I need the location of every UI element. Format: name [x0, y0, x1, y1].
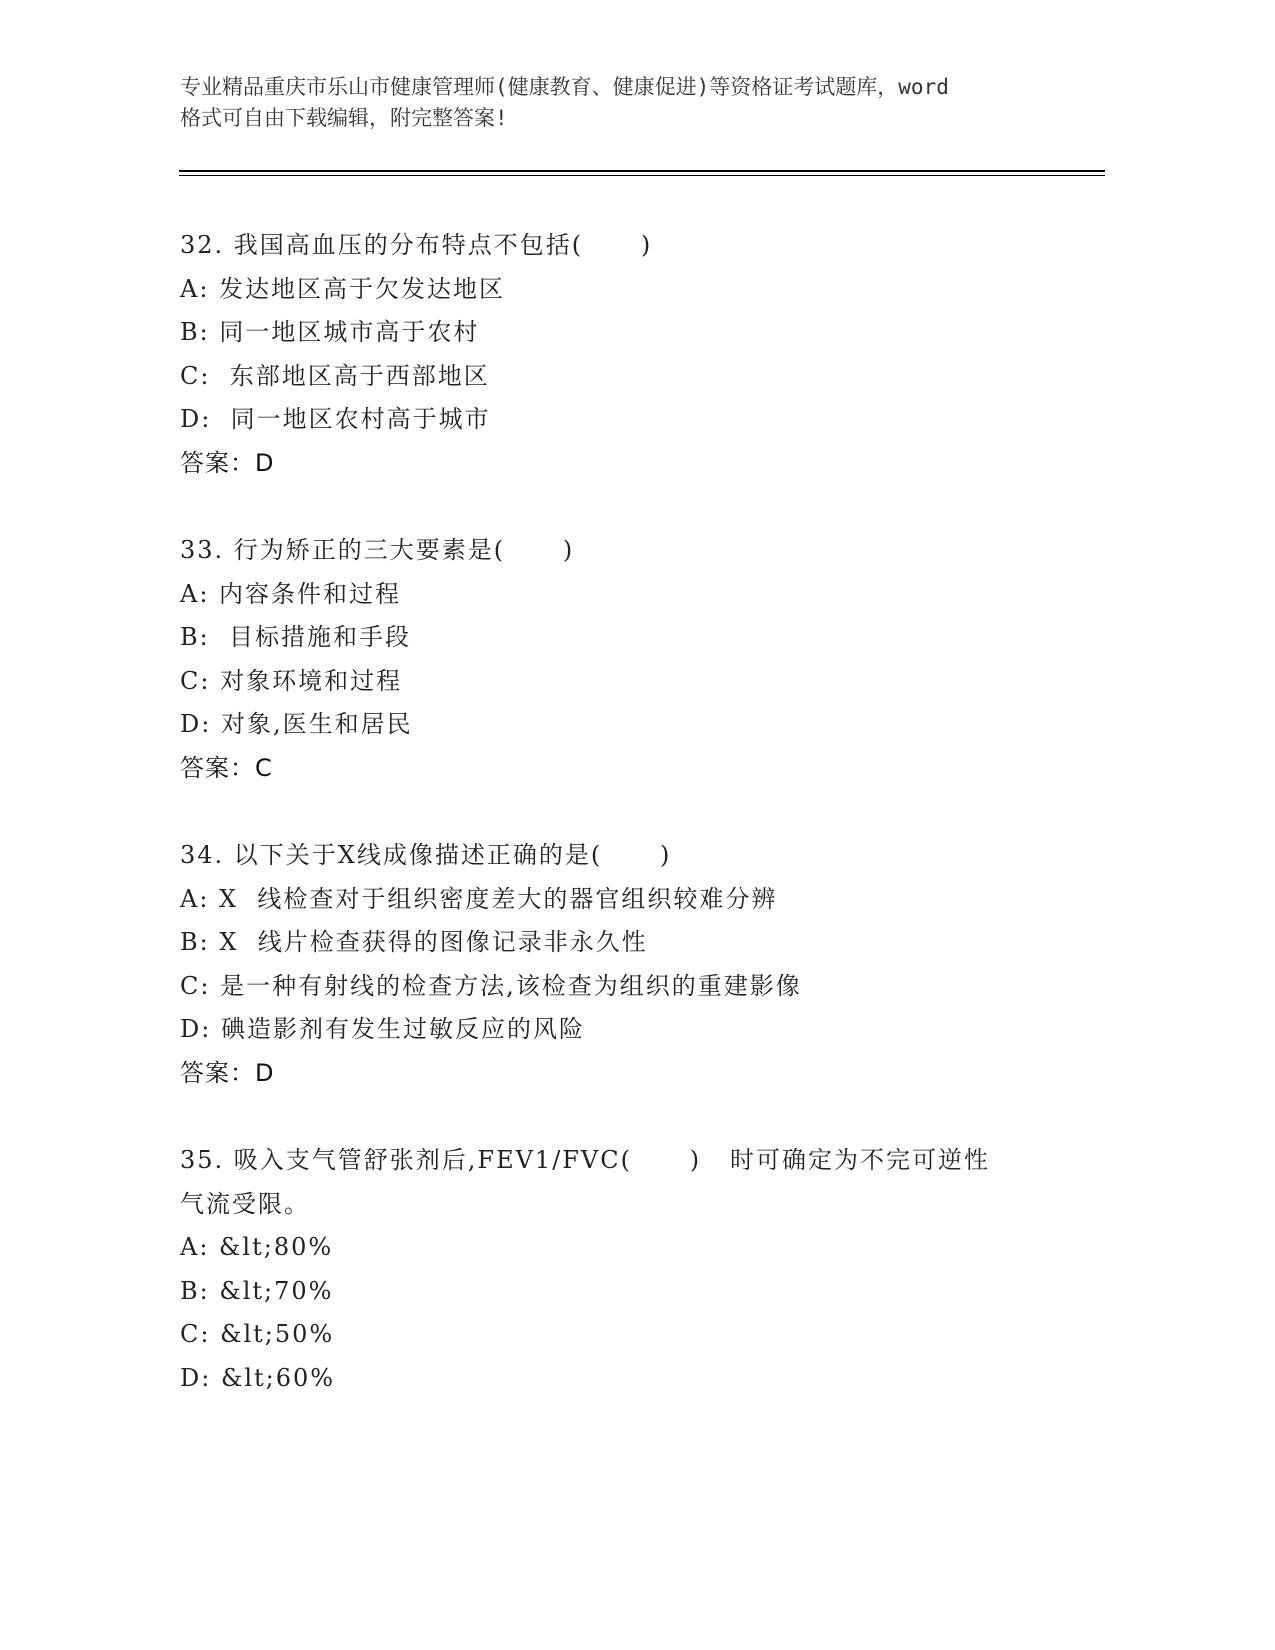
- option-d: D: 同一地区农村高于城市: [180, 398, 1080, 442]
- header-line-2: 格式可自由下载编辑，附完整答案!: [180, 103, 1080, 134]
- option-a: A: 内容条件和过程: [180, 573, 1080, 617]
- header-line-1: 专业精品重庆市乐山市健康管理师(健康教育、健康促进)等资格证考试题库，word: [180, 72, 1080, 103]
- header-divider-thick: [179, 170, 1105, 172]
- header-divider-thin: [179, 175, 1105, 176]
- option-c: C: &lt;50%: [180, 1313, 1080, 1357]
- option-d: D: 碘造影剂有发生过敏反应的风险: [180, 1008, 1080, 1052]
- option-a: A: 发达地区高于欠发达地区: [180, 268, 1080, 312]
- question-stem: 33. 行为矫正的三大要素是( ): [180, 529, 1080, 573]
- question-32: 32. 我国高血压的分布特点不包括( ) A: 发达地区高于欠发达地区 B: 同…: [180, 224, 1080, 486]
- option-b: B: 目标措施和手段: [180, 616, 1080, 660]
- question-stem: 32. 我国高血压的分布特点不包括( ): [180, 224, 1080, 268]
- option-b: B: 同一地区城市高于农村: [180, 311, 1080, 355]
- option-c: C: 东部地区高于西部地区: [180, 355, 1080, 399]
- option-b: B: X 线片检查获得的图像记录非永久性: [180, 921, 1080, 965]
- option-b: B: &lt;70%: [180, 1270, 1080, 1314]
- option-c: C: 是一种有射线的检查方法,该检查为组织的重建影像: [180, 965, 1080, 1009]
- question-33: 33. 行为矫正的三大要素是( ) A: 内容条件和过程 B: 目标措施和手段 …: [180, 529, 1080, 791]
- option-a: A: &lt;80%: [180, 1226, 1080, 1270]
- answer-text: 答案：D: [180, 442, 1080, 486]
- question-35: 35. 吸入支气管舒张剂后,FEV1/FVC( ) 时可确定为不完可逆性 气流受…: [180, 1139, 1080, 1401]
- question-stem-continued: 气流受限。: [180, 1183, 1080, 1227]
- option-d: D: &lt;60%: [180, 1357, 1080, 1401]
- document-header: 专业精品重庆市乐山市健康管理师(健康教育、健康促进)等资格证考试题库，word …: [180, 72, 1080, 134]
- question-stem: 35. 吸入支气管舒张剂后,FEV1/FVC( ) 时可确定为不完可逆性: [180, 1139, 1080, 1183]
- option-d: D: 对象,医生和居民: [180, 703, 1080, 747]
- answer-text: 答案：D: [180, 1052, 1080, 1096]
- question-34: 34. 以下关于X线成像描述正确的是( ) A: X 线检查对于组织密度差大的器…: [180, 834, 1080, 1096]
- answer-text: 答案：C: [180, 747, 1080, 791]
- question-stem: 34. 以下关于X线成像描述正确的是( ): [180, 834, 1080, 878]
- option-c: C: 对象环境和过程: [180, 660, 1080, 704]
- option-a: A: X 线检查对于组织密度差大的器官组织较难分辨: [180, 878, 1080, 922]
